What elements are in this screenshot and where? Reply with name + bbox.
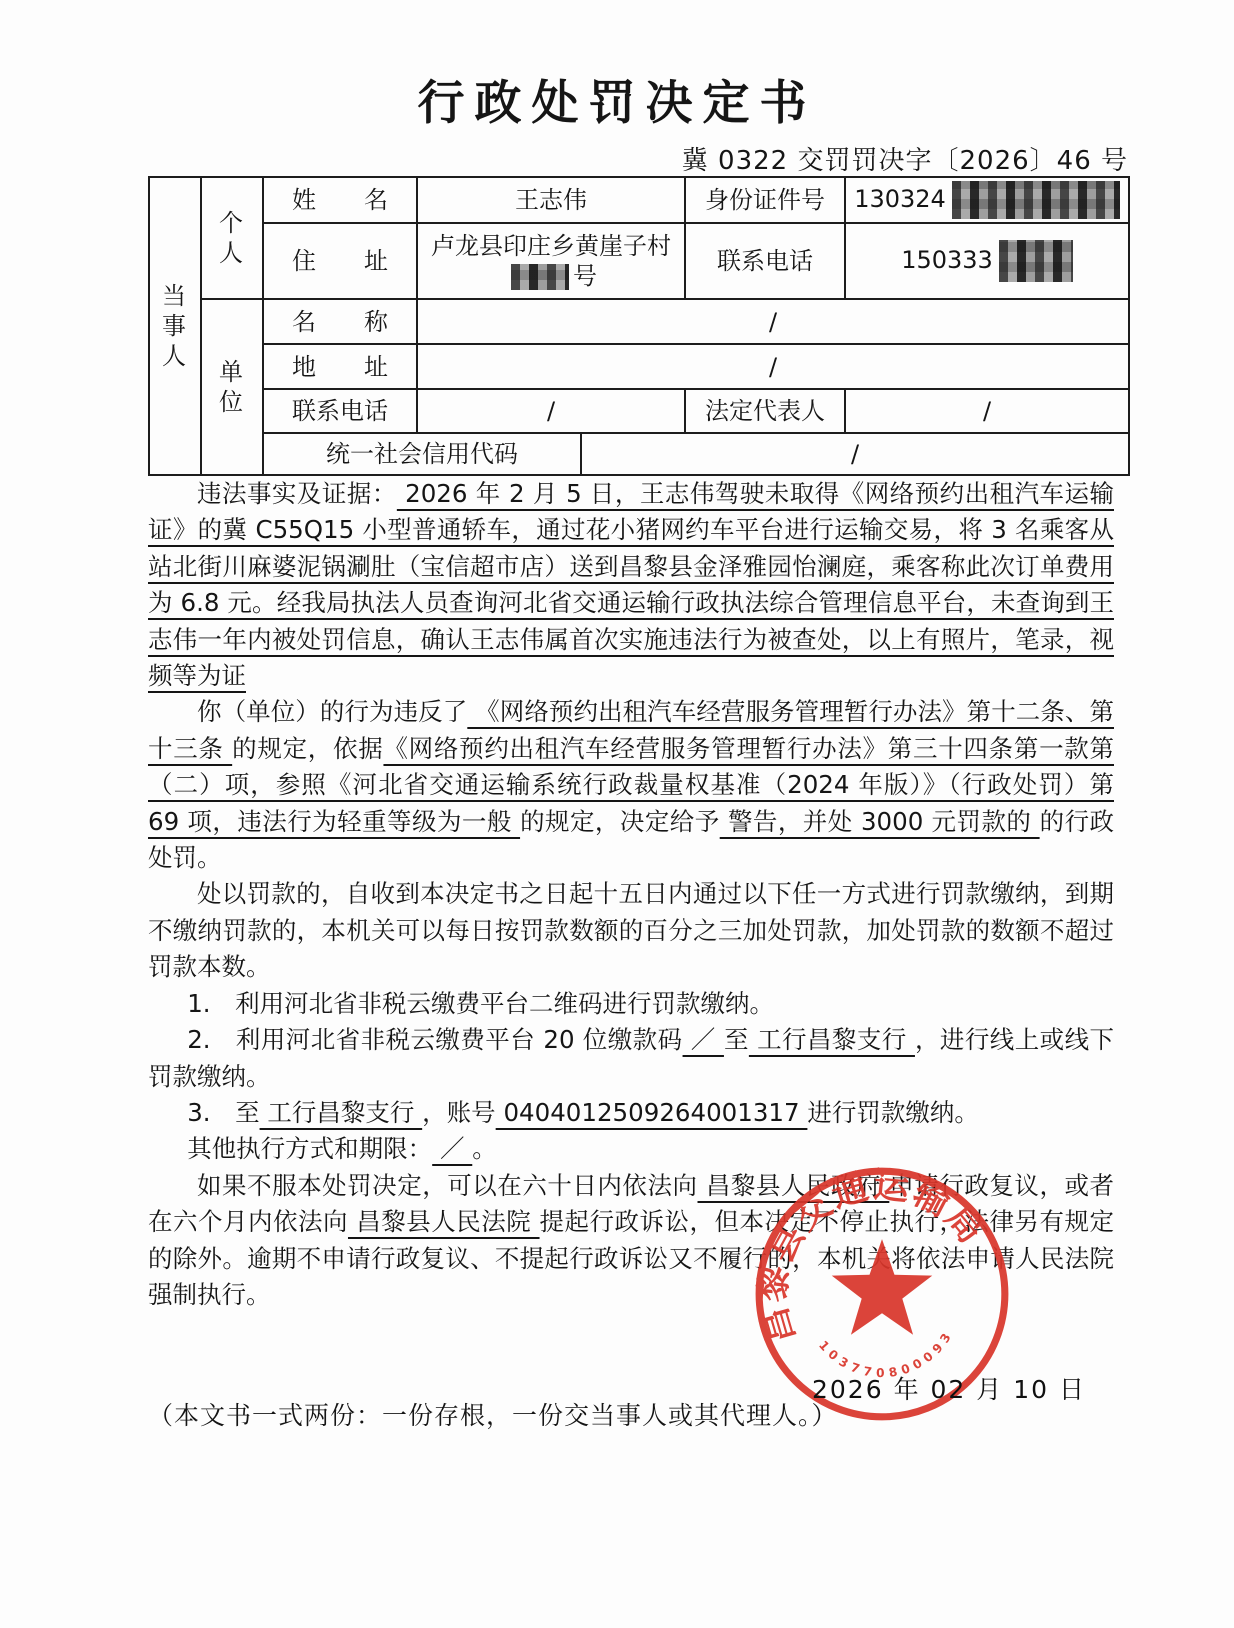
table-row: 当事人 个人 姓 名 王志伟 身份证件号 130324: [149, 177, 1129, 223]
copies-note: （本文书一式两份：一份存根，一份交当事人或其代理人。）: [148, 1396, 838, 1432]
text-segment: 如果不服本处罚决定，可以在六十日内依法向: [197, 1171, 698, 1200]
table-row: 统一社会信用代码 /: [149, 433, 1129, 475]
unit-group-header: 单位: [201, 299, 263, 475]
unit-address-value: /: [417, 344, 1129, 389]
text-segment: 2. 利用河北省非税云缴费平台 20 位缴款码: [187, 1025, 682, 1054]
person-name-label: 姓 名: [263, 177, 417, 223]
text-segment: ，账号: [422, 1098, 496, 1127]
filled-blank: 昌黎县人民政府: [698, 1171, 890, 1200]
filled-blank: 昌黎县人民法院: [348, 1207, 540, 1236]
appeal-rights-paragraph: 如果不服本处罚决定，可以在六十日内依法向 昌黎县人民政府 申请行政复议，或者在六…: [148, 1168, 1114, 1314]
text-segment: 1. 利用河北省非税云缴费平台二维码进行罚款缴纳。: [187, 989, 774, 1018]
unit-phone-value: /: [417, 389, 685, 433]
unit-name-value: /: [417, 299, 1129, 344]
text-segment: 进行罚款缴纳。: [807, 1098, 979, 1127]
filled-blank: 工行昌黎支行: [749, 1025, 915, 1054]
table-row: 单位 名 称 /: [149, 299, 1129, 344]
table-row: 地 址 /: [149, 344, 1129, 389]
text-segment: 的规定，决定给予: [520, 807, 720, 836]
unit-name-label: 名 称: [263, 299, 417, 344]
payment-method-1: 1. 利用河北省非税云缴费平台二维码进行罚款缴纳。: [148, 986, 1114, 1022]
filled-blank: 2026 年 2 月 5 日，王志伟驾驶未取得《网络预约出租汽车运输证》的冀 C…: [148, 479, 1114, 690]
payment-deadline-paragraph: 处以罚款的，自收到本决定书之日起十五日内通过以下任一方式进行罚款缴纳，到期不缴纳…: [148, 876, 1114, 985]
redaction-block: [999, 240, 1073, 282]
person-id-value: 130324: [845, 177, 1129, 223]
legal-basis-paragraph: 你（单位）的行为违反了 《网络预约出租汽车经营服务管理暂行办法》第十二条、第十三…: [148, 694, 1114, 876]
redaction-block: [511, 264, 569, 290]
decision-body: 违法事实及证据： 2026 年 2 月 5 日，王志伟驾驶未取得《网络预约出租汽…: [148, 476, 1114, 1313]
party-row-header: 当事人: [149, 177, 201, 475]
facts-paragraph: 违法事实及证据： 2026 年 2 月 5 日，王志伟驾驶未取得《网络预约出租汽…: [148, 476, 1114, 694]
unit-phone-label: 联系电话: [263, 389, 417, 433]
payment-method-3: 3. 至 工行昌黎支行 ，账号 0404012509264001317 进行罚款…: [148, 1095, 1114, 1131]
filled-blank: ／: [683, 1025, 724, 1054]
unit-credit-code-label: 统一社会信用代码: [263, 433, 581, 475]
filled-blank: 警告，并处 3000 元罚款的: [720, 807, 1040, 836]
page-title: 行政处罚决定书: [0, 66, 1234, 133]
person-address-value: 卢龙县印庄乡黄崖子村 号: [417, 223, 685, 299]
other-execution-line: 其他执行方式和期限： ／ 。: [148, 1131, 1114, 1167]
party-info-table: 当事人 个人 姓 名 王志伟 身份证件号 130324 住 址 卢龙县印庄乡黄崖…: [148, 176, 1130, 476]
person-address-line1: 卢龙县印庄乡黄崖子村: [431, 232, 671, 260]
decision-date: 2026 年 02 月 10 日: [812, 1370, 1086, 1406]
person-id-label: 身份证件号: [685, 177, 845, 223]
text-segment: 。: [472, 1134, 497, 1163]
payment-method-2: 2. 利用河北省非税云缴费平台 20 位缴款码 ／ 至 工行昌黎支行 ，进行线上…: [148, 1022, 1114, 1095]
text-segment: 至: [724, 1025, 749, 1054]
text-segment: 的规定，依据: [232, 734, 383, 763]
person-phone-prefix: 150333: [901, 246, 993, 274]
text-segment: 违法事实及证据：: [197, 479, 397, 508]
text-segment: 其他执行方式和期限：: [187, 1134, 432, 1163]
unit-legal-rep-value: /: [845, 389, 1129, 433]
text-segment: 处以罚款的，自收到本决定书之日起十五日内通过以下任一方式进行罚款缴纳，到期不缴纳…: [148, 879, 1114, 981]
table-row: 住 址 卢龙县印庄乡黄崖子村 号 联系电话 150333: [149, 223, 1129, 299]
text-segment: 3. 至: [187, 1098, 259, 1127]
unit-credit-code-value: /: [581, 433, 1129, 475]
table-row: 联系电话 / 法定代表人 /: [149, 389, 1129, 433]
person-phone-value: 150333: [845, 223, 1129, 299]
person-address-label: 住 址: [263, 223, 417, 299]
unit-legal-rep-label: 法定代表人: [685, 389, 845, 433]
filled-blank: 0404012509264001317: [496, 1098, 808, 1127]
filled-blank: ／: [432, 1134, 472, 1163]
person-phone-label: 联系电话: [685, 223, 845, 299]
person-address-line2-suffix: 号: [573, 262, 597, 290]
document-number: 冀 0322 交罚罚决字〔2026〕46 号: [682, 140, 1128, 177]
filled-blank: 工行昌黎支行: [260, 1098, 423, 1127]
person-group-header: 个人: [201, 177, 263, 299]
person-name-value: 王志伟: [417, 177, 685, 223]
person-id-prefix: 130324: [854, 185, 946, 213]
redaction-block: [952, 181, 1120, 219]
unit-address-label: 地 址: [263, 344, 417, 389]
text-segment: 你（单位）的行为违反了: [197, 697, 467, 726]
